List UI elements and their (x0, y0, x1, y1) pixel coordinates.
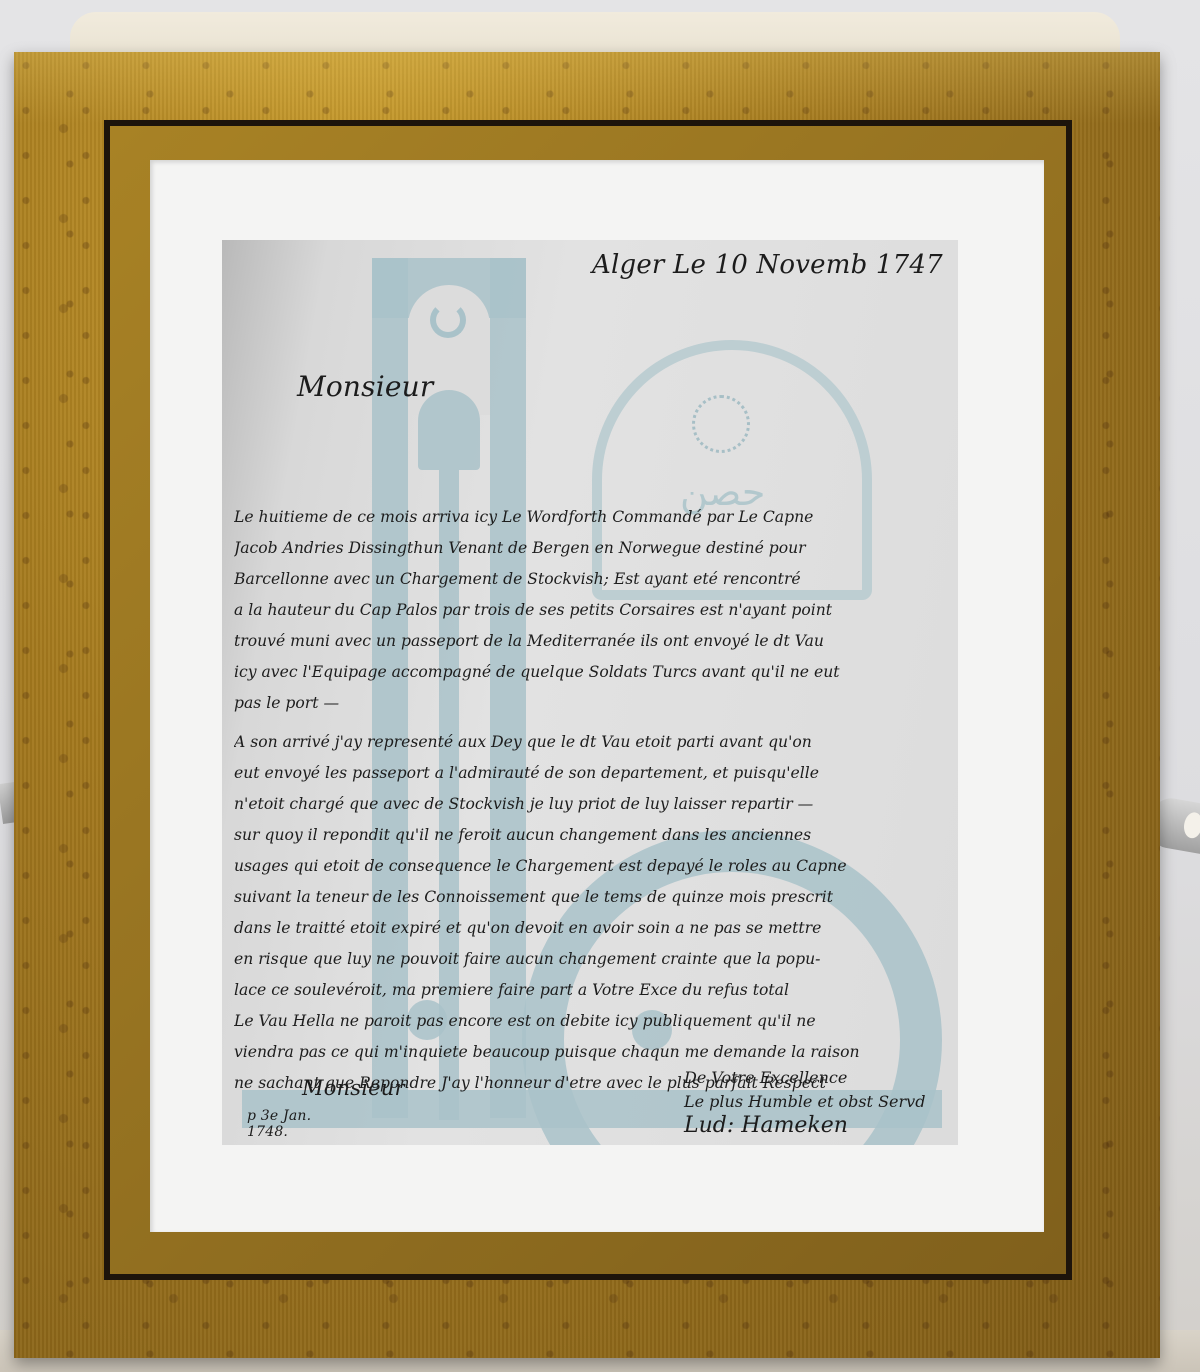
letter-signoff: De Votre Excellence Le plus Humble et ob… (684, 1066, 925, 1144)
letter-reference-note: p 3e Jan. 1748. (247, 1108, 311, 1140)
letter-line: lace ce soulevéroit, ma premiere faire p… (234, 975, 954, 1006)
letter-line: A son arrivé j'ay representé aux Dey que… (234, 727, 954, 758)
letter-salutation: Monsieur (297, 370, 433, 403)
letter-sheet: حصن Alger Le 10 Novemb 1747 Monsieur Le … (222, 240, 958, 1145)
letter-line: suivant la teneur de les Connoissement q… (234, 882, 954, 913)
letter-body: Le huitieme de ce mois arriva icy Le Wor… (234, 502, 954, 1099)
crescent-icon (430, 302, 466, 338)
frame-bevel (14, 52, 1160, 124)
signoff-line: De Votre Excellence (684, 1066, 925, 1090)
rosette-icon (692, 395, 750, 453)
letter-line: trouvé muni avec un passeport de la Medi… (234, 626, 954, 657)
letter-line: dans le traitté etoit expiré et qu'on de… (234, 913, 954, 944)
letter-line: sur quoy il repondit qu'il ne feroit auc… (234, 820, 954, 851)
signoff-line: Le plus Humble et obst Servd (684, 1090, 925, 1114)
letter-line: n'etoit chargé que avec de Stockvish je … (234, 789, 954, 820)
letter-line: Le huitieme de ce mois arriva icy Le Wor… (234, 502, 954, 533)
letter-line: eut envoyé les passeport a l'admirauté d… (234, 758, 954, 789)
letter-line: viendra pas ce qui m'inquiete beaucoup p… (234, 1037, 954, 1068)
letter-closing-salutation: Monsieur (302, 1076, 405, 1100)
letter-line: Le Vau Hella ne paroit pas encore est on… (234, 1006, 954, 1037)
letter-line: Jacob Andries Dissingthun Venant de Berg… (234, 533, 954, 564)
letter-line: icy avec l'Equipage accompagné de quelqu… (234, 657, 954, 688)
letter-line: pas le port — (234, 688, 954, 719)
letter-line: en risque que luy ne pouvoit faire aucun… (234, 944, 954, 975)
letter-line: Barcellonne avec un Chargement de Stockv… (234, 564, 954, 595)
signature: Lud: Hameken (684, 1114, 925, 1144)
letter-line: a la hauteur du Cap Palos par trois de s… (234, 595, 954, 626)
letter-place-date: Alger Le 10 Novemb 1747 (592, 250, 943, 280)
letter-line: usages qui etoit de consequence le Charg… (234, 851, 954, 882)
